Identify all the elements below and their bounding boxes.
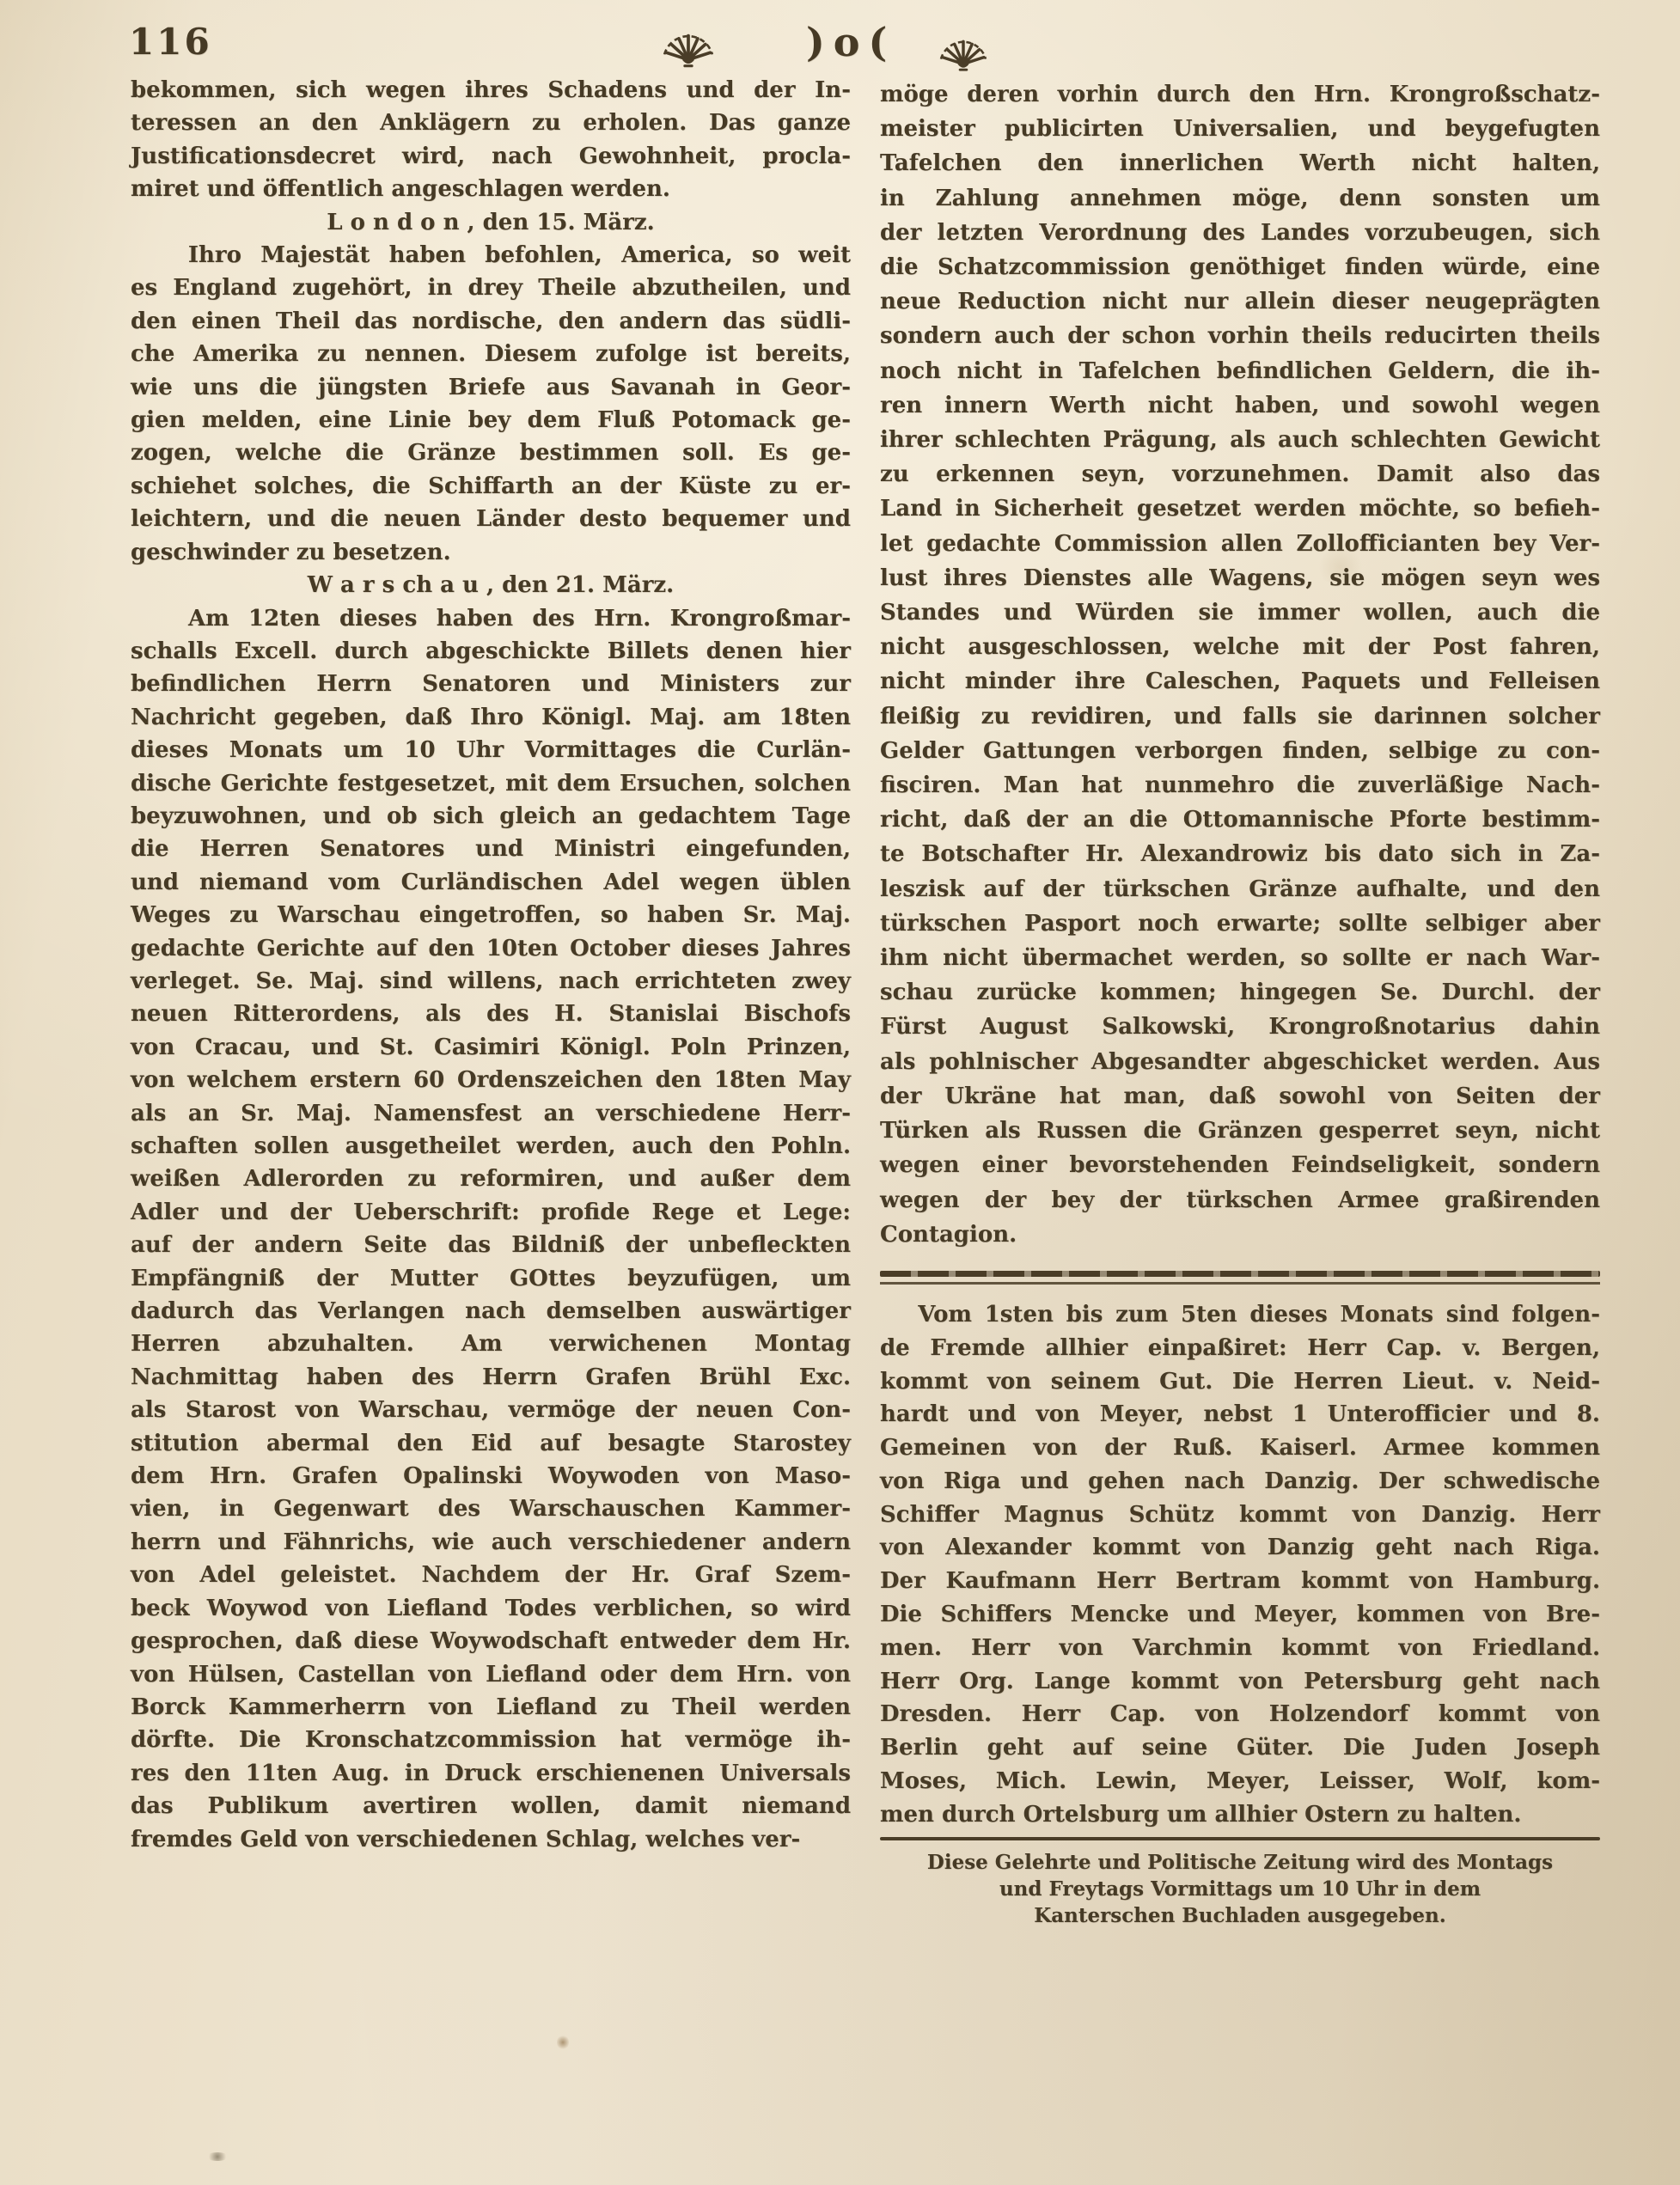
page-number: 116 <box>129 21 212 63</box>
right-column: möge deren vorhin durch den Hrn. Krongro… <box>880 77 1600 1929</box>
printers-mark: )o( <box>806 19 895 65</box>
colophon: Diese Gelehrte und Politische Zeitung wi… <box>880 1849 1600 1929</box>
paper-stain <box>206 2152 229 2161</box>
left-column: bekommen, sich wegen ihres Schadens und … <box>131 74 851 1856</box>
paragraph-london: Ihro Majestät haben befohlen, America, s… <box>131 239 851 569</box>
paper-stain <box>557 2035 569 2050</box>
shell-ornament-left-icon <box>660 21 717 70</box>
paragraph-arrivals: Vom 1sten bis zum 5ten dieses Monats sin… <box>880 1298 1600 1832</box>
paragraph-warschau: Am 12ten dieses haben des Hrn. Krongroßm… <box>131 602 851 1856</box>
paragraph-continuation: bekommen, sich wegen ihres Schadens und … <box>131 74 851 206</box>
rule-divider <box>880 1837 1600 1840</box>
dateline-warschau: W a r s ch a u , den 21. März. <box>131 569 851 601</box>
paragraph-treasury: möge deren vorhin durch den Hrn. Krongro… <box>880 77 1600 1252</box>
shell-ornament-right-icon <box>937 27 990 74</box>
double-rule-divider <box>880 1271 1600 1285</box>
newspaper-page: 116 )o( bekommen, sich wegen <box>0 0 1680 2185</box>
dateline-london: L o n d o n , den 15. März. <box>131 206 851 239</box>
